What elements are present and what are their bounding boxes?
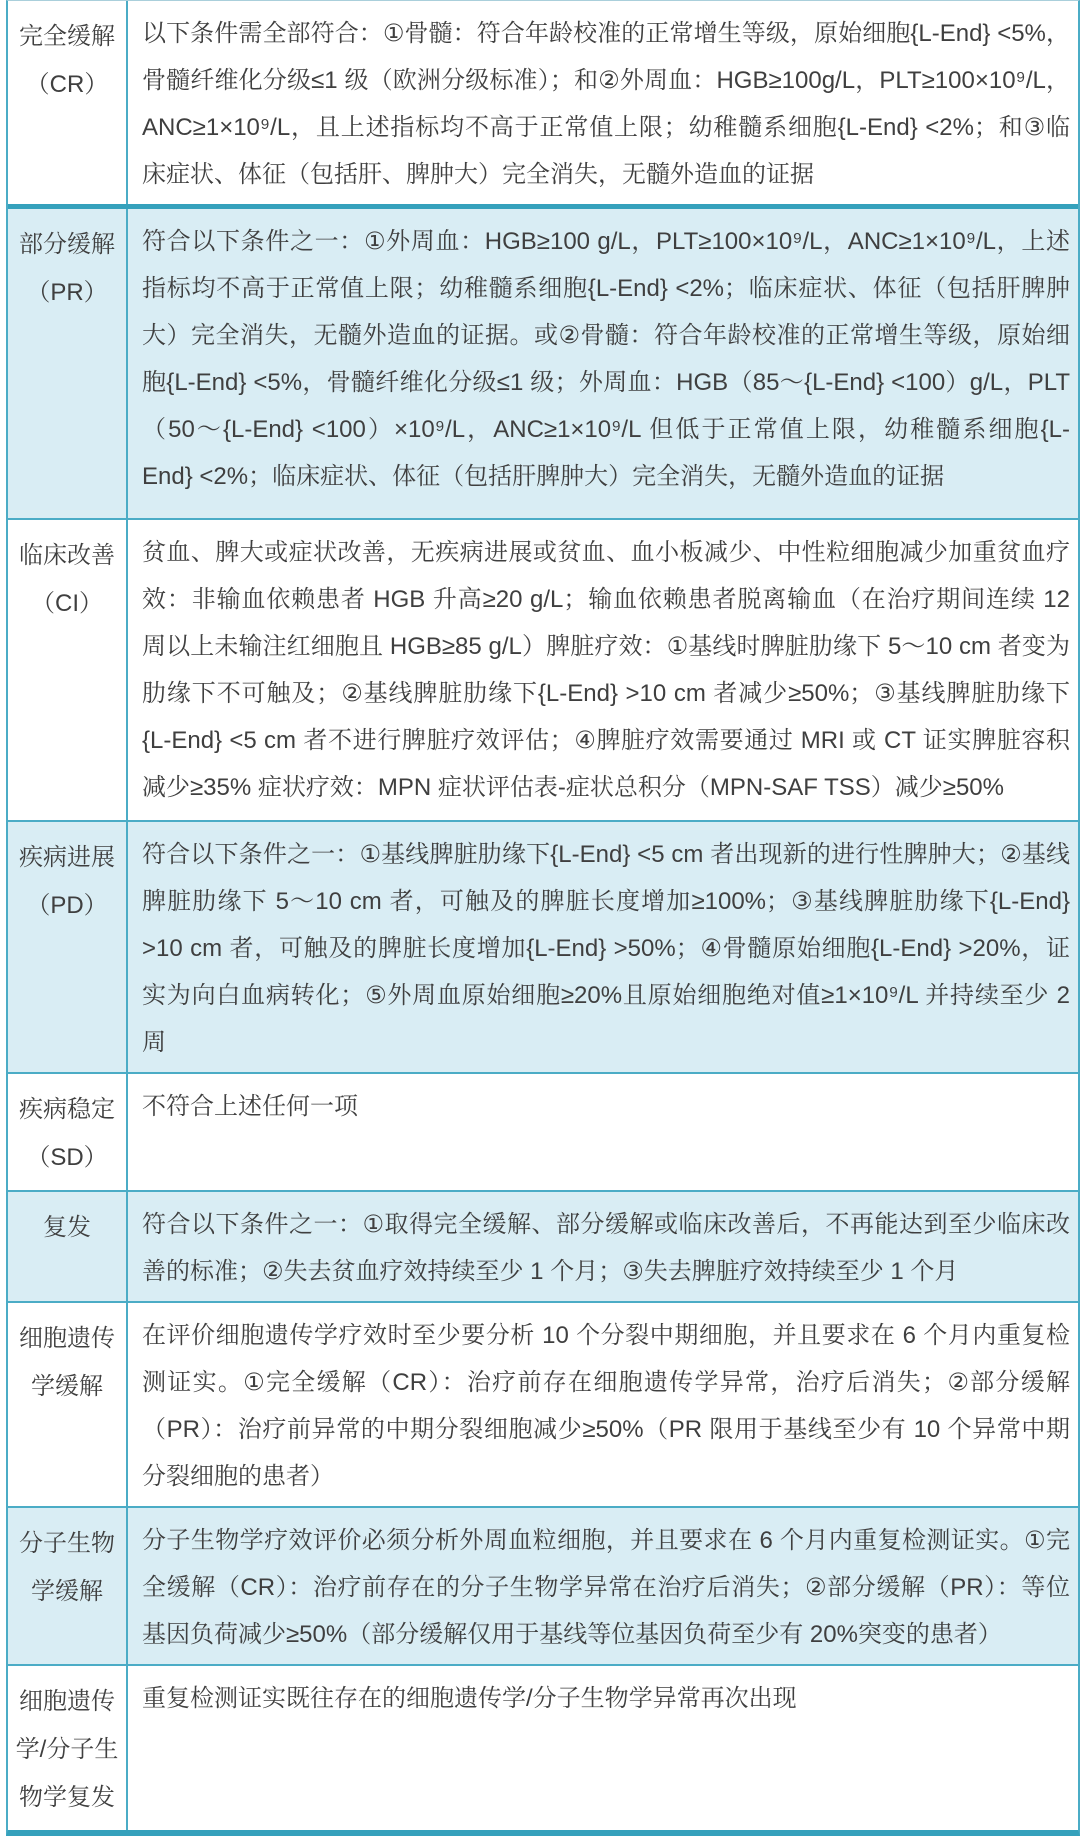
criteria-label-complete-remission: 完全缓解 （CR） <box>8 1 128 204</box>
criteria-label-cytogenetic-molecular-relapse: 细胞遗传 学/分子生 物学复发 <box>8 1666 128 1830</box>
table-row: 细胞遗传 学/分子生 物学复发 重复检测证实既往存在的细胞遗传学/分子生物学异常… <box>8 1666 1078 1830</box>
criteria-content: 符合以下条件之一：①外周血：HGB≥100 g/L，PLT≥100×10⁹/L，… <box>128 209 1078 518</box>
criteria-content: 符合以下条件之一：①基线脾脏肋缘下{L-End} <5 cm 者出现新的进行性脾… <box>128 822 1078 1072</box>
table-row: 复发 符合以下条件之一：①取得完全缓解、部分缓解或临床改善后，不再能达到至少临床… <box>8 1192 1078 1303</box>
criteria-label-relapse: 复发 <box>8 1192 128 1301</box>
criteria-label-molecular-remission: 分子生物 学缓解 <box>8 1508 128 1664</box>
criteria-content: 符合以下条件之一：①取得完全缓解、部分缓解或临床改善后，不再能达到至少临床改善的… <box>128 1192 1078 1301</box>
criteria-content: 以下条件需全部符合：①骨髓：符合年龄校准的正常增生等级，原始细胞{L-End} … <box>128 1 1078 204</box>
response-criteria-table-page: 完全缓解 （CR） 以下条件需全部符合：①骨髓：符合年龄校准的正常增生等级，原始… <box>0 0 1080 1836</box>
response-criteria-table: 完全缓解 （CR） 以下条件需全部符合：①骨髓：符合年龄校准的正常增生等级，原始… <box>6 0 1080 1836</box>
criteria-content: 贫血、脾大或症状改善，无疾病进展或贫血、血小板减少、中性粒细胞减少加重贫血疗效：… <box>128 520 1078 820</box>
table-row: 疾病稳定 （SD） 不符合上述任何一项 <box>8 1074 1078 1192</box>
criteria-content: 在评价细胞遗传学疗效时至少要分析 10 个分裂中期细胞，并且要求在 6 个月内重… <box>128 1303 1078 1506</box>
table-row: 疾病进展 （PD） 符合以下条件之一：①基线脾脏肋缘下{L-End} <5 cm… <box>8 822 1078 1074</box>
criteria-content: 重复检测证实既往存在的细胞遗传学/分子生物学异常再次出现 <box>128 1666 1078 1830</box>
table-row: 部分缓解 （PR） 符合以下条件之一：①外周血：HGB≥100 g/L，PLT≥… <box>8 209 1078 520</box>
criteria-label-partial-remission: 部分缓解 （PR） <box>8 209 128 518</box>
criteria-content: 不符合上述任何一项 <box>128 1074 1078 1190</box>
table-row: 临床改善 （CI） 贫血、脾大或症状改善，无疾病进展或贫血、血小板减少、中性粒细… <box>8 520 1078 822</box>
table-row: 完全缓解 （CR） 以下条件需全部符合：①骨髓：符合年龄校准的正常增生等级，原始… <box>8 1 1078 209</box>
criteria-label-cytogenetic-remission: 细胞遗传 学缓解 <box>8 1303 128 1506</box>
table-row: 分子生物 学缓解 分子生物学疗效评价必须分析外周血粒细胞，并且要求在 6 个月内… <box>8 1508 1078 1666</box>
criteria-label-progressive-disease: 疾病进展 （PD） <box>8 822 128 1072</box>
criteria-content: 分子生物学疗效评价必须分析外周血粒细胞，并且要求在 6 个月内重复检测证实。①完… <box>128 1508 1078 1664</box>
criteria-label-stable-disease: 疾病稳定 （SD） <box>8 1074 128 1190</box>
table-row: 细胞遗传 学缓解 在评价细胞遗传学疗效时至少要分析 10 个分裂中期细胞，并且要… <box>8 1303 1078 1508</box>
criteria-label-clinical-improvement: 临床改善 （CI） <box>8 520 128 820</box>
